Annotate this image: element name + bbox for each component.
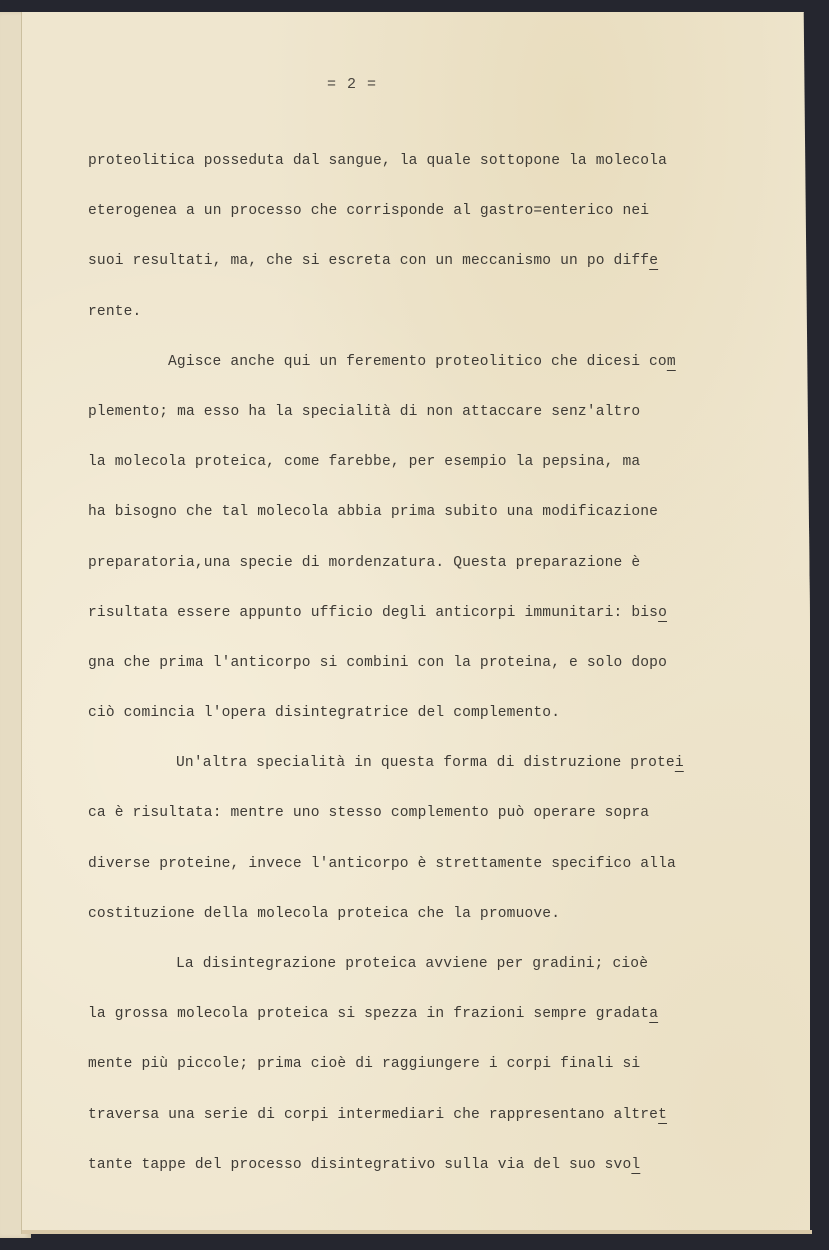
text-line: traversa una serie di corpi intermediari… [88, 1102, 768, 1152]
text-line: tante tappe del processo disintegrativo … [88, 1152, 768, 1202]
page-number: = 2 = [327, 76, 377, 93]
paragraph-start-line: Un'altra specialità in questa forma di d… [88, 750, 768, 800]
text-line: eterogenea a un processo che corrisponde… [88, 198, 768, 248]
text-line: suoi resultati, ma, che si escreta con u… [88, 248, 768, 298]
text-line: costituzione della molecola proteica che… [88, 901, 768, 951]
text-line: risultata essere appunto ufficio degli a… [88, 600, 768, 650]
paragraph-start-line: Agisce anche qui un feremento proteoliti… [88, 349, 768, 399]
body-text: proteolitica posseduta dal sangue, la qu… [88, 148, 768, 1202]
text-line: rente. [88, 299, 768, 349]
text-line: plemento; ma esso ha la specialità di no… [88, 399, 768, 449]
text-line: proteolitica posseduta dal sangue, la qu… [88, 148, 768, 198]
text-line: ca è risultata: mentre uno stesso comple… [88, 800, 768, 850]
text-line: la grossa molecola proteica si spezza in… [88, 1001, 768, 1051]
page-bottom-edge [22, 1230, 812, 1234]
text-line: la molecola proteica, come farebbe, per … [88, 449, 768, 499]
text-line: preparatoria,una specie di mordenzatura.… [88, 550, 768, 600]
text-line: mente più piccole; prima cioè di raggiun… [88, 1051, 768, 1101]
text-line: diverse proteine, invece l'anticorpo è s… [88, 851, 768, 901]
text-line: ciò comincia l'opera disintegratrice del… [88, 700, 768, 750]
text-line: ha bisogno che tal molecola abbia prima … [88, 499, 768, 549]
text-line: gna che prima l'anticorpo si combini con… [88, 650, 768, 700]
paragraph-start-line: La disintegrazione proteica avviene per … [88, 951, 768, 1001]
